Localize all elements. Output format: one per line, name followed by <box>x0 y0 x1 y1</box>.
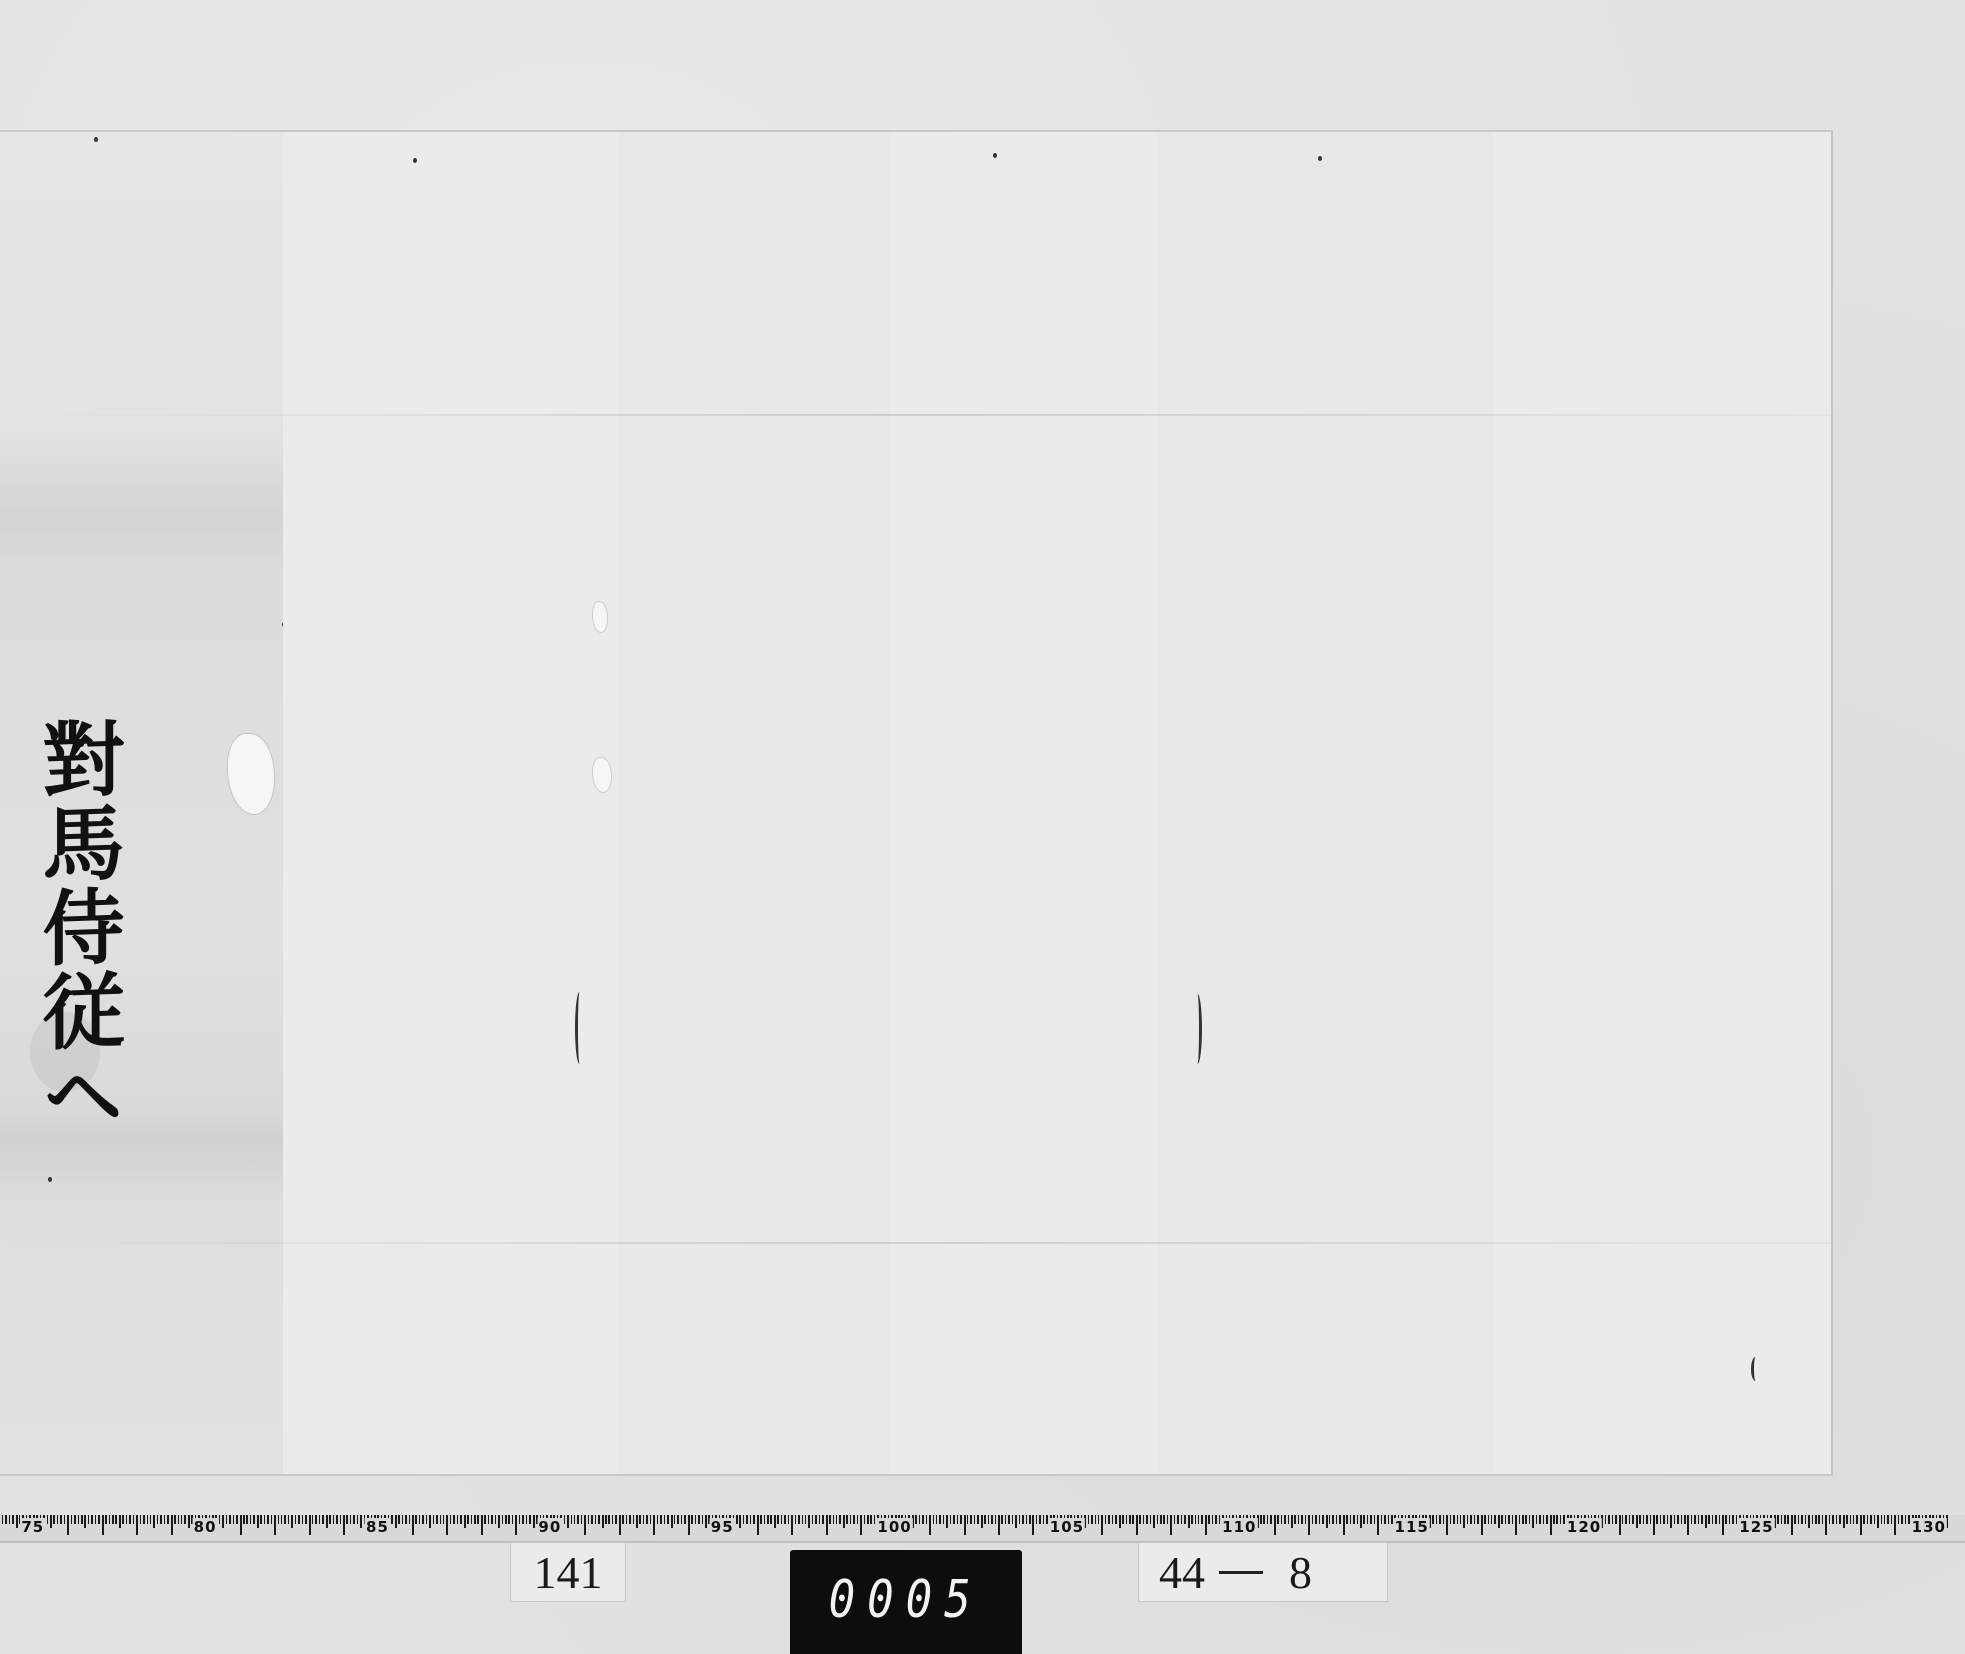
ruler-tick <box>984 1515 986 1524</box>
ruler-tick <box>960 1515 962 1524</box>
ruler-tick <box>133 1515 135 1524</box>
ruler-tick <box>1139 1515 1141 1524</box>
document-sheet: 對馬侍従ヘ <box>0 130 1833 1476</box>
ruler-tick <box>415 1515 417 1524</box>
ruler-tick <box>1181 1515 1183 1524</box>
ruler-tick <box>1039 1515 1041 1524</box>
ruler-tick <box>1898 1515 1900 1524</box>
ruler-tick <box>122 1515 124 1524</box>
ruler-tick <box>819 1515 821 1524</box>
ruler-tick <box>964 1515 966 1535</box>
ruler-tick <box>409 1515 411 1524</box>
ruler-tick <box>1288 1515 1290 1524</box>
ruler-tick <box>336 1515 338 1524</box>
ruler-tick <box>298 1515 300 1524</box>
ruler-tick <box>1019 1515 1021 1524</box>
ruler-tick <box>1146 1515 1148 1524</box>
ruler-tick <box>1270 1515 1272 1524</box>
ruler-tick <box>53 1515 55 1524</box>
ruler-tick <box>1322 1515 1324 1524</box>
ruler-tick <box>1346 1515 1348 1524</box>
ruler-tick <box>1488 1515 1490 1524</box>
ruler-tick <box>405 1515 407 1524</box>
ruler-tick <box>677 1515 679 1524</box>
ruler-tick <box>260 1515 262 1524</box>
ruler-tick <box>174 1515 176 1524</box>
ruler-label: 130 <box>1911 1518 1947 1536</box>
ruler-tick <box>236 1515 238 1524</box>
ruler-tick <box>481 1515 483 1535</box>
ruler-tick <box>1701 1515 1703 1524</box>
ruler-tick <box>1691 1515 1693 1524</box>
ruler-tick <box>1539 1515 1541 1524</box>
ruler-tick <box>271 1515 273 1524</box>
ruler-tick <box>1850 1515 1852 1524</box>
ruler-tick <box>1908 1515 1910 1524</box>
ruler-tick <box>1332 1515 1334 1524</box>
ruler-tick <box>512 1515 514 1524</box>
ruler-tick <box>112 1515 114 1524</box>
ruler-tick <box>160 1515 162 1524</box>
ruler-tick <box>1687 1515 1689 1535</box>
ruler-label: 120 <box>1566 1518 1602 1536</box>
ruler-tick <box>178 1515 180 1524</box>
ruler-tick <box>508 1515 510 1524</box>
ruler-tick <box>464 1515 466 1528</box>
ruler-tick <box>98 1515 100 1524</box>
ruler-tick <box>457 1515 459 1524</box>
ruler-tick <box>1546 1515 1548 1524</box>
ruler-label: 110 <box>1221 1518 1257 1536</box>
ruler-tick <box>433 1515 435 1524</box>
ruler-tick <box>591 1515 593 1524</box>
ruler-tick <box>153 1515 155 1528</box>
ruler-tick <box>643 1515 645 1524</box>
ruler-tick <box>564 1515 566 1524</box>
ruler-tick <box>1722 1515 1724 1535</box>
ruler-tick <box>250 1515 252 1524</box>
ruler-tick <box>95 1515 97 1524</box>
ruler-tick <box>1381 1515 1383 1524</box>
ruler-tick <box>757 1515 759 1535</box>
ruler-tick <box>288 1515 290 1524</box>
reference-right: 8 <box>1289 1546 1312 1599</box>
ruler-tick <box>1515 1515 1517 1535</box>
ruler-tick <box>770 1515 772 1524</box>
ruler-tick <box>1677 1515 1679 1524</box>
ruler-tick <box>1439 1515 1441 1524</box>
ruler-tick <box>974 1515 976 1524</box>
ruler-tick <box>1543 1515 1545 1524</box>
ruler-tick <box>1205 1515 1207 1535</box>
ruler-tick <box>1794 1515 1796 1524</box>
ruler-tick <box>1467 1515 1469 1524</box>
ruler-tick <box>150 1515 152 1524</box>
ruler-tick <box>802 1515 804 1524</box>
ruler-tick <box>1105 1515 1107 1524</box>
ruler-tick <box>746 1515 748 1524</box>
ruler-tick <box>1115 1515 1117 1524</box>
ruler-tick <box>1674 1515 1676 1524</box>
ruler-tick <box>281 1515 283 1524</box>
ruler-tick <box>598 1515 600 1524</box>
paper-tear <box>593 758 611 792</box>
ruler-tick <box>1646 1515 1648 1524</box>
ruler-tick <box>1853 1515 1855 1524</box>
ruler-tick <box>1556 1515 1558 1524</box>
ruler-tick <box>136 1515 138 1535</box>
ruler-tick <box>167 1515 169 1524</box>
ruler-tick <box>157 1515 159 1524</box>
ruler-tick <box>671 1515 673 1528</box>
ruler-tick <box>81 1515 83 1524</box>
ruler-tick <box>1363 1515 1365 1524</box>
ruler-tick <box>1481 1515 1483 1535</box>
ruler-tick <box>474 1515 476 1524</box>
ruler-tick <box>398 1515 400 1524</box>
ruler-tick <box>467 1515 469 1524</box>
ruler-tick <box>519 1515 521 1524</box>
ruler-tick <box>567 1515 569 1528</box>
ruler-tick <box>1712 1515 1714 1524</box>
ruler-tick <box>1660 1515 1662 1524</box>
ruler-tick <box>1636 1515 1638 1528</box>
ruler-tick <box>619 1515 621 1535</box>
ruler-tick <box>529 1515 531 1524</box>
ruler-tick <box>995 1515 997 1524</box>
panel-3 <box>619 132 891 1474</box>
ruler-tick <box>453 1515 455 1524</box>
ruler-tick <box>664 1515 666 1524</box>
ruler-tick <box>1729 1515 1731 1524</box>
ruler-tick <box>267 1515 269 1524</box>
ruler-tick <box>702 1515 704 1524</box>
ruler-tick <box>1357 1515 1359 1524</box>
ruler-tick <box>1360 1515 1362 1528</box>
paper-tear <box>593 602 607 632</box>
ruler-tick <box>446 1515 448 1535</box>
ruler-tick <box>1188 1515 1190 1528</box>
ruler-tick <box>777 1515 779 1524</box>
ruler-tick <box>764 1515 766 1524</box>
ruler-tick <box>946 1515 948 1528</box>
ruler-tick <box>1825 1515 1827 1535</box>
ruler-tick <box>1501 1515 1503 1524</box>
ruler-tick <box>105 1515 107 1524</box>
ruler-tick <box>1736 1515 1738 1524</box>
ruler-tick <box>257 1515 259 1528</box>
ruler-tick <box>1777 1515 1779 1524</box>
ruler-tick <box>674 1515 676 1524</box>
ruler-tick <box>1901 1515 1903 1524</box>
ruler-tick <box>1446 1515 1448 1535</box>
ruler-tick <box>1881 1515 1883 1524</box>
ruler-tick <box>691 1515 693 1524</box>
ruler-tick <box>957 1515 959 1524</box>
ruler-tick <box>626 1515 628 1524</box>
ruler-tick <box>1367 1515 1369 1524</box>
ruler-tick <box>412 1515 414 1535</box>
ruler-tick <box>1122 1515 1124 1524</box>
ruler-tick <box>291 1515 293 1528</box>
ruler-tick <box>846 1515 848 1524</box>
ruler-tick <box>1284 1515 1286 1524</box>
ruler-tick <box>1784 1515 1786 1524</box>
ruler-tick <box>491 1515 493 1524</box>
ruler-tick <box>319 1515 321 1524</box>
ruler-tick <box>788 1515 790 1524</box>
ruler-tick <box>1563 1515 1565 1524</box>
ruler-tick <box>850 1515 852 1524</box>
ruler-tick <box>1684 1515 1686 1524</box>
ruler-tick <box>915 1515 917 1524</box>
ruler-tick <box>302 1515 304 1524</box>
ruler-tick <box>171 1515 173 1535</box>
ruler-tick <box>981 1515 983 1528</box>
ruler-tick <box>522 1515 524 1524</box>
ruler-tick <box>1553 1515 1555 1524</box>
ruler-tick <box>1001 1515 1003 1524</box>
ruler-tick <box>1167 1515 1169 1524</box>
ruler-tick <box>798 1515 800 1524</box>
ruler-tick <box>1370 1515 1372 1524</box>
ruler-tick <box>812 1515 814 1524</box>
ruler-tick <box>926 1515 928 1524</box>
ruler-tick <box>1388 1515 1390 1524</box>
ruler-tick <box>1329 1515 1331 1524</box>
ruler-tick <box>402 1515 404 1524</box>
ruler-tick <box>1705 1515 1707 1528</box>
ruler-label: 100 <box>876 1518 912 1536</box>
ruler-tick <box>1884 1515 1886 1524</box>
ruler-tick <box>346 1515 348 1524</box>
ruler-tick <box>571 1515 573 1524</box>
ruler-tick <box>1195 1515 1197 1524</box>
ruler-tick <box>615 1515 617 1524</box>
ruler-tick <box>429 1515 431 1528</box>
ruler-tick <box>1170 1515 1172 1535</box>
ruler-tick <box>1343 1515 1345 1535</box>
reference-left: 44 <box>1159 1546 1205 1599</box>
ruler-tick <box>1374 1515 1376 1524</box>
ruler-tick <box>1312 1515 1314 1524</box>
ruler-tick <box>477 1515 479 1524</box>
ruler-tick <box>1043 1515 1045 1524</box>
ruler-tick <box>16 1515 18 1528</box>
ruler-tick <box>471 1515 473 1524</box>
ruler-tick <box>350 1515 352 1524</box>
ruler-tick <box>1101 1515 1103 1535</box>
ink-spot <box>993 153 997 158</box>
ruler-tick <box>253 1515 255 1524</box>
ruler-tick <box>1153 1515 1155 1528</box>
ruler-tick <box>1112 1515 1114 1524</box>
ruler-tick <box>1708 1515 1710 1524</box>
ruler-tick <box>857 1515 859 1524</box>
ruler-tick <box>1177 1515 1179 1524</box>
ruler-tick <box>998 1515 1000 1535</box>
ruler-tick <box>1384 1515 1386 1524</box>
ruler-label: 75 <box>20 1518 45 1536</box>
ruler-tick <box>395 1515 397 1528</box>
ruler-tick <box>1129 1515 1131 1524</box>
ruler-tick <box>60 1515 62 1524</box>
ruler-tick <box>1615 1515 1617 1524</box>
ruler-tick <box>1494 1515 1496 1524</box>
panel-6 <box>1493 132 1831 1474</box>
ruler-tick <box>1529 1515 1531 1524</box>
ruler-tick <box>1512 1515 1514 1524</box>
ruler-tick <box>357 1515 359 1524</box>
ruler-tick <box>1108 1515 1110 1524</box>
ruler-tick <box>353 1515 355 1524</box>
ruler-tick <box>1656 1515 1658 1524</box>
ruler-tick <box>612 1515 614 1524</box>
ruler-tick <box>1463 1515 1465 1528</box>
ruler-tick <box>295 1515 297 1524</box>
ruler-tick <box>498 1515 500 1528</box>
ruler-tick <box>284 1515 286 1524</box>
ruler-tick <box>736 1515 738 1524</box>
ruler-tick <box>164 1515 166 1524</box>
ruler-tick <box>240 1515 242 1535</box>
ruler-label: 80 <box>193 1518 218 1536</box>
ruler-tick <box>646 1515 648 1524</box>
ruler-tick <box>1843 1515 1845 1528</box>
ruler-tick <box>1308 1515 1310 1535</box>
ruler-tick <box>939 1515 941 1524</box>
ruler-tick <box>1525 1515 1527 1524</box>
ruler-tick <box>233 1515 235 1524</box>
ruler-tick <box>1032 1515 1034 1535</box>
horizontal-fold <box>0 1242 1831 1244</box>
ruler-tick <box>577 1515 579 1524</box>
ink-spot <box>413 158 417 163</box>
ruler-tick <box>1608 1515 1610 1524</box>
ruler-tick <box>929 1515 931 1535</box>
ruler-tick <box>1046 1515 1048 1524</box>
ruler-tick <box>1457 1515 1459 1524</box>
ruler-tick <box>705 1515 707 1528</box>
ruler-tick <box>1860 1515 1862 1535</box>
ruler-tick <box>1453 1515 1455 1524</box>
ruler-tick <box>864 1515 866 1524</box>
ruler-tick <box>1632 1515 1634 1524</box>
ruler-tick <box>422 1515 424 1524</box>
ruler-tick <box>264 1515 266 1524</box>
ruler-tick <box>1301 1515 1303 1524</box>
ruler-tick <box>1305 1515 1307 1524</box>
ruler-tick <box>953 1515 955 1524</box>
ruler-tick <box>1719 1515 1721 1524</box>
ruler-tick <box>360 1515 362 1528</box>
ruler-tick <box>440 1515 442 1524</box>
ruler-tick <box>1798 1515 1800 1524</box>
ruler-tick <box>119 1515 121 1528</box>
ruler-tick <box>836 1515 838 1524</box>
ruler-tick <box>826 1515 828 1535</box>
ruler-tick <box>1315 1515 1317 1524</box>
ink-mark <box>1751 1357 1760 1381</box>
ruler-tick <box>667 1515 669 1524</box>
ruler-tick <box>1029 1515 1031 1524</box>
ruler-label: 90 <box>537 1518 562 1536</box>
ruler-tick <box>636 1515 638 1528</box>
ruler-tick <box>1126 1515 1128 1524</box>
ruler-tick <box>1839 1515 1841 1524</box>
ruler-tick <box>526 1515 528 1524</box>
ruler-tick <box>91 1515 93 1524</box>
ruler-tick <box>533 1515 535 1528</box>
ruler-tick <box>1277 1515 1279 1524</box>
ruler-tick <box>1629 1515 1631 1524</box>
ruler-tick <box>515 1515 517 1535</box>
ruler-tick <box>278 1515 280 1524</box>
ruler-tick <box>1550 1515 1552 1535</box>
ruler-tick <box>574 1515 576 1524</box>
ruler-tick <box>1474 1515 1476 1524</box>
ruler-tick <box>760 1515 762 1524</box>
ruler-tick <box>184 1515 186 1524</box>
ruler-tick <box>188 1515 190 1528</box>
ruler-tick <box>50 1515 52 1528</box>
ruler-tick <box>129 1515 131 1524</box>
ruler-tick <box>1088 1515 1090 1524</box>
ruler-tick <box>1436 1515 1438 1524</box>
ruler-tick <box>781 1515 783 1524</box>
ruler-tick <box>1829 1515 1831 1524</box>
ruler-label: 95 <box>710 1518 735 1536</box>
ruler-tick <box>102 1515 104 1535</box>
ruler-tick <box>1215 1515 1217 1524</box>
ruler-tick <box>274 1515 276 1535</box>
ruler-tick <box>1846 1515 1848 1524</box>
ruler-tick <box>2 1515 4 1524</box>
ruler-tick <box>784 1515 786 1524</box>
ruler-tick <box>1863 1515 1865 1524</box>
ruler-tick <box>1198 1515 1200 1524</box>
ruler-tick <box>143 1515 145 1524</box>
ruler-tick <box>391 1515 393 1524</box>
ruler-tick <box>833 1515 835 1524</box>
ruler-tick <box>71 1515 73 1524</box>
ruler-tick <box>1815 1515 1817 1524</box>
ruler-tick <box>967 1515 969 1524</box>
ruler-tick <box>1822 1515 1824 1524</box>
ruler-tick <box>1639 1515 1641 1524</box>
panel-2 <box>283 132 620 1474</box>
ruler-tick <box>1143 1515 1145 1524</box>
ruler-tick <box>1353 1515 1355 1524</box>
ruler-tick <box>64 1515 66 1524</box>
ruler-label: 85 <box>365 1518 390 1536</box>
ruler-tick <box>1160 1515 1162 1524</box>
ruler-tick <box>419 1515 421 1524</box>
ruler-tick <box>867 1515 869 1524</box>
ruler-tick <box>1022 1515 1024 1524</box>
ruler-tick <box>936 1515 938 1524</box>
ruler-tick <box>219 1515 221 1524</box>
ruler-tick <box>943 1515 945 1524</box>
ruler-tick <box>1536 1515 1538 1524</box>
ruler-tick <box>74 1515 76 1524</box>
ruler-tick <box>1791 1515 1793 1535</box>
ruler-tick <box>829 1515 831 1524</box>
ruler-tick <box>608 1515 610 1524</box>
frame-counter-value: 0005 <box>829 1570 983 1630</box>
ruler-tick <box>1326 1515 1328 1528</box>
ruler-tick <box>977 1515 979 1524</box>
